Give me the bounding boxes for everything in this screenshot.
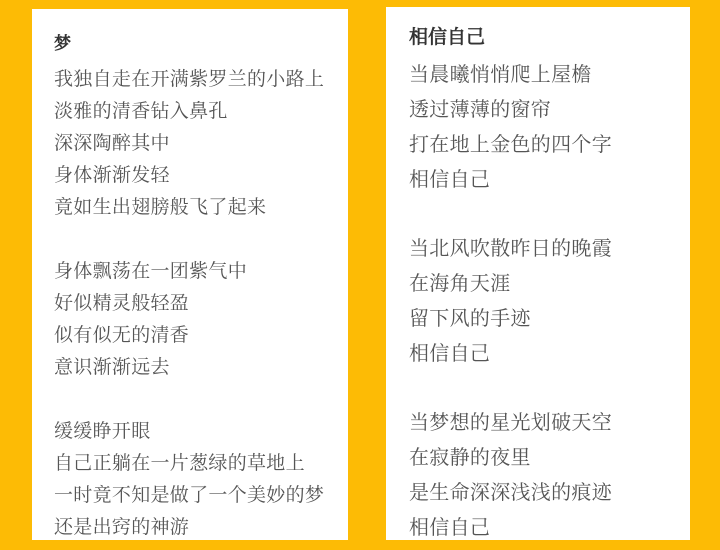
stanza: 我独自走在开满紫罗兰的小路上 淡雅的清香钻入鼻孔 深深陶醉其中 身体渐渐发轻 竟… xyxy=(54,63,348,223)
stanza: 当北风吹散昨日的晚霞 在海角天涯 留下风的手迹 相信自己 xyxy=(409,231,690,371)
poem-card-dream: 梦 我独自走在开满紫罗兰的小路上 淡雅的清香钻入鼻孔 深深陶醉其中 身体渐渐发轻… xyxy=(32,9,348,540)
poem-line: 当晨曦悄悄爬上屋檐 xyxy=(409,57,690,92)
stanza: 缓缓睁开眼 自己正躺在一片葱绿的草地上 一时竟不知是做了一个美妙的梦 还是出窍的… xyxy=(54,415,348,543)
poem-line: 还是出窍的神游 xyxy=(54,511,348,543)
poem-line: 透过薄薄的窗帘 xyxy=(409,92,690,127)
poem-line: 相信自己 xyxy=(409,162,690,197)
poem-line: 当北风吹散昨日的晚霞 xyxy=(409,231,690,266)
poem-line: 自己正躺在一片葱绿的草地上 xyxy=(54,447,348,479)
poem-line: 留下风的手迹 xyxy=(409,301,690,336)
stanza: 当晨曦悄悄爬上屋檐 透过薄薄的窗帘 打在地上金色的四个字 相信自己 xyxy=(409,57,690,197)
poem-card-believe-yourself: 相信自己 当晨曦悄悄爬上屋檐 透过薄薄的窗帘 打在地上金色的四个字 相信自己 当… xyxy=(386,7,690,540)
poem-line: 我独自走在开满紫罗兰的小路上 xyxy=(54,63,348,95)
stanza-gap xyxy=(54,223,348,255)
poem-title: 相信自己 xyxy=(409,23,690,57)
poem-line: 好似精灵般轻盈 xyxy=(54,287,348,319)
poem-line: 意识渐渐远去 xyxy=(54,351,348,383)
poem-line: 淡雅的清香钻入鼻孔 xyxy=(54,95,348,127)
poem-line: 深深陶醉其中 xyxy=(54,127,348,159)
stanza: 当梦想的星光划破天空 在寂静的夜里 是生命深深浅浅的痕迹 相信自己 xyxy=(409,405,690,545)
stanza-gap xyxy=(54,383,348,415)
poem-line: 缓缓睁开眼 xyxy=(54,415,348,447)
poem-line: 似有似无的清香 xyxy=(54,319,348,351)
stanza-gap xyxy=(409,197,690,231)
poem-line: 相信自己 xyxy=(409,510,690,545)
poem-line: 是生命深深浅浅的痕迹 xyxy=(409,475,690,510)
poem-line: 相信自己 xyxy=(409,336,690,371)
poem-line: 当梦想的星光划破天空 xyxy=(409,405,690,440)
poem-line: 打在地上金色的四个字 xyxy=(409,127,690,162)
poem-line: 身体飘荡在一团紫气中 xyxy=(54,255,348,287)
poem-line: 一时竟不知是做了一个美妙的梦 xyxy=(54,479,348,511)
poem-title: 梦 xyxy=(54,31,348,63)
poem-line: 身体渐渐发轻 xyxy=(54,159,348,191)
poem-line: 在寂静的夜里 xyxy=(409,440,690,475)
poem-line: 竟如生出翅膀般飞了起来 xyxy=(54,191,348,223)
poem-line: 在海角天涯 xyxy=(409,266,690,301)
stanza: 身体飘荡在一团紫气中 好似精灵般轻盈 似有似无的清香 意识渐渐远去 xyxy=(54,255,348,383)
stanza-gap xyxy=(409,371,690,405)
